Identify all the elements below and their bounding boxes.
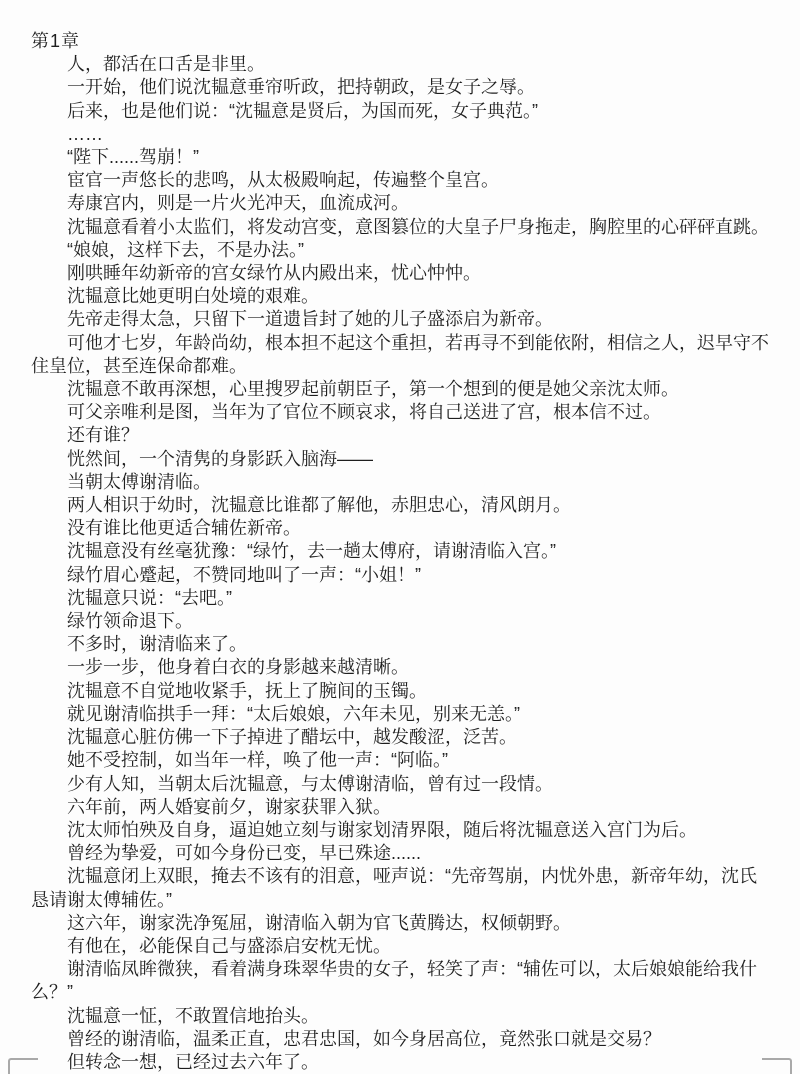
corner-bracket-left-icon xyxy=(8,1058,38,1074)
paragraph: 沈韫意看着小太监们，将发动宫变，意图篡位的大皇子尸身拖走，胸腔里的心砰砰直跳。 xyxy=(31,216,770,239)
corner-bracket-right-icon xyxy=(762,1058,792,1074)
paragraph: 一开始，他们说沈韫意垂帘听政，把持朝政，是女子之辱。 xyxy=(31,76,770,99)
paragraph: 沈韫意一怔，不敢置信地抬头。 xyxy=(31,1005,770,1028)
paragraph: 沈韫意不自觉地收紧手，抚上了腕间的玉镯。 xyxy=(31,680,770,703)
paragraph: 恍然间，一个清隽的身影跃入脑海—— xyxy=(31,448,770,471)
paragraph: 但转念一想，已经过去六年了。 xyxy=(31,1051,770,1074)
paragraph: 宦官一声悠长的悲鸣，从太极殿响起，传遍整个皇宫。 xyxy=(31,169,770,192)
paragraph: 没有谁比他更适合辅佐新帝。 xyxy=(31,517,770,540)
paragraph: 可他才七岁，年龄尚幼，根本担不起这个重担，若再寻不到能依附，相信之人，迟早守不住… xyxy=(31,332,770,378)
paragraph: 还有谁？ xyxy=(31,424,770,447)
paragraph: 寿康宫内，则是一片火光冲天，血流成河。 xyxy=(31,192,770,215)
paragraph: 后来，也是他们说：“沈韫意是贤后，为国而死，女子典范。” xyxy=(31,100,770,123)
paragraph-list: 人，都活在口舌是非里。一开始，他们说沈韫意垂帘听政，把持朝政，是女子之辱。后来，… xyxy=(31,53,770,1074)
paragraph: 沈韫意没有丝毫犹豫：“绿竹，去一趟太傅府，请谢清临入宫。” xyxy=(31,540,770,563)
paragraph: 六年前，两人婚宴前夕，谢家获罪入狱。 xyxy=(31,796,770,819)
paragraph: 绿竹领命退下。 xyxy=(31,610,770,633)
paragraph: 曾经的谢清临，温柔正直，忠君忠国，如今身居高位，竟然张口就是交易？ xyxy=(31,1028,770,1051)
paragraph: 人，都活在口舌是非里。 xyxy=(31,53,770,76)
paragraph: 谢清临凤眸微狭，看着满身珠翠华贵的女子，轻笑了声：“辅佐可以，太后娘娘能给我什么… xyxy=(31,958,770,1004)
paragraph: 沈韫意只说：“去吧。” xyxy=(31,587,770,610)
chapter-text: 第1章 人，都活在口舌是非里。一开始，他们说沈韫意垂帘听政，把持朝政，是女子之辱… xyxy=(31,30,770,1074)
paragraph: “娘娘，这样下去，不是办法。” xyxy=(31,239,770,262)
paragraph: 有他在，必能保自己与盛添启安枕无忧。 xyxy=(31,935,770,958)
reader-page[interactable]: 第1章 人，都活在口舌是非里。一开始，他们说沈韫意垂帘听政，把持朝政，是女子之辱… xyxy=(0,0,800,1074)
paragraph: 不多时，谢清临来了。 xyxy=(31,633,770,656)
paragraph: 沈韫意心脏仿佛一下子掉进了醋坛中，越发酸涩，泛苦。 xyxy=(31,726,770,749)
paragraph: 就见谢清临拱手一拜：“太后娘娘，六年未见，别来无恙。” xyxy=(31,703,770,726)
paragraph: 沈韫意不敢再深想，心里搜罗起前朝臣子，第一个想到的便是她父亲沈太师。 xyxy=(31,378,770,401)
chapter-title: 第1章 xyxy=(31,30,770,53)
paragraph: 这六年，谢家洗净冤屈，谢清临入朝为官飞黄腾达，权倾朝野。 xyxy=(31,912,770,935)
paragraph: 她不受控制，如当年一样，唤了他一声：“阿临。” xyxy=(31,749,770,772)
paragraph: 两人相识于幼时，沈韫意比谁都了解他，赤胆忠心，清风朗月。 xyxy=(31,494,770,517)
paragraph: 沈韫意比她更明白处境的艰难。 xyxy=(31,285,770,308)
paragraph: 沈太师怕殃及自身，逼迫她立刻与谢家划清界限，随后将沈韫意送入宫门为后。 xyxy=(31,819,770,842)
paragraph: “陛下......驾崩！” xyxy=(31,146,770,169)
paragraph: 曾经为挚爱，可如今身份已变，早已殊途...... xyxy=(31,842,770,865)
paragraph: 可父亲唯利是图，当年为了官位不顾哀求，将自己送进了宫，根本信不过。 xyxy=(31,401,770,424)
paragraph: 少有人知，当朝太后沈韫意，与太傅谢清临，曾有过一段情。 xyxy=(31,773,770,796)
paragraph: …… xyxy=(31,123,770,146)
paragraph: 刚哄睡年幼新帝的宫女绿竹从内殿出来，忧心忡忡。 xyxy=(31,262,770,285)
paragraph: 绿竹眉心蹙起，不赞同地叫了一声：“小姐！” xyxy=(31,564,770,587)
paragraph: 当朝太傅谢清临。 xyxy=(31,471,770,494)
paragraph: 沈韫意闭上双眼，掩去不该有的泪意，哑声说：“先帝驾崩，内忧外患，新帝年幼，沈氏恳… xyxy=(31,865,770,911)
paragraph: 一步一步，他身着白衣的身影越来越清晰。 xyxy=(31,656,770,679)
paragraph: 先帝走得太急，只留下一道遗旨封了她的儿子盛添启为新帝。 xyxy=(31,308,770,331)
